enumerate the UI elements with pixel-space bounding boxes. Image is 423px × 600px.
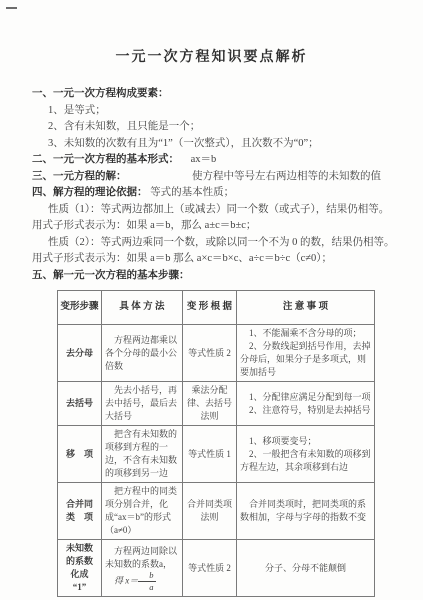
section-4-value: 等式的基本性质； — [150, 187, 234, 198]
table-row-yixiang: 移 项 把含有未知数的项移到方程的一边，不含有未知数的项移到另一边 等式性质 1… — [58, 426, 375, 483]
section-1-item-1: 1、是等式； — [48, 103, 403, 120]
section-5-line: 五、解一元一次方程的基本步骤： — [32, 268, 403, 285]
section-3-heading: 三、一元方程的解： — [32, 171, 127, 182]
property-2-text: 性质（2）：等式两边乘同一个数，或除以同一个不为 0 的数，结果仍相等。 — [48, 235, 403, 252]
step-cell: 合并同 类 项 — [58, 483, 102, 540]
steps-table-head: 变形步骤 具 体 方 法 变 形 根 据 注 意 事 项 — [58, 291, 375, 325]
notes-cell: 合并同类项时，把同类项的系数相加，字母与字母的指数不变 — [237, 483, 375, 540]
basis-cell: 等式性质 1 — [183, 426, 237, 483]
table-row-xishuhuacheng1: 未知数 的系数 化成 “1” 方程两边同除以未知数的系数a， 得 x＝ba 等式… — [58, 540, 375, 597]
step-cell: 移 项 — [58, 426, 102, 483]
table-row-qufenmu: 去分母 方程两边都乘以各个分母的最小公倍数 等式性质 2 1、不能漏乘不含分母的… — [58, 325, 375, 382]
property-1-text: 性质（1）：等式两边都加上（或减去）同一个数（或式子），结果仍相等。 — [48, 202, 403, 219]
fraction: ba — [138, 571, 155, 592]
section-2-heading: 二、一元一次方程的基本形式： — [32, 154, 179, 165]
section-3-value: 使方程中等号左右两边相等的未知数的值 — [192, 169, 381, 186]
basis-cell: 等式性质 2 — [183, 540, 237, 597]
section-1-item-3: 3、未知数的次数有且为“1”（一次整式），且次数不为“0”； — [48, 136, 403, 153]
property-2-formula: 用式子形式表示为：如果 a＝b 那么 a×c＝b×c、a÷c＝b÷c（c≠0）； — [32, 251, 403, 268]
basis-cell: 乘法分配律、去括号法则 — [183, 382, 237, 426]
result-formula: 得 x＝ba — [105, 571, 179, 592]
formula-lead: 得 x＝ — [114, 575, 138, 585]
method-cell: 把含有未知数的项移到方程的一边，不含有未知数的项移到另一边 — [102, 426, 183, 483]
method-cell: 方程两边同除以未知数的系数a， 得 x＝ba — [102, 540, 183, 597]
section-4-heading: 四、解方程的理论依据： — [32, 187, 148, 198]
section-5-heading: 五、解一元一次方程的基本步骤： — [32, 270, 190, 281]
col-header-method: 具 体 方 法 — [102, 291, 183, 325]
notes-cell: 1、移项要变号； 2、一般把含有未知数的项移到方程左边，其余项移到右边 — [237, 426, 375, 483]
method-cell: 先去小括号，再去中括号，最后去大括号 — [102, 382, 183, 426]
page-title: 一元一次方程知识要点解析 — [32, 46, 391, 66]
notes-cell: 1、不能漏乘不含分母的项； 2、分数线起到括号作用，去掉分母后，如果分子是多项式… — [237, 325, 375, 382]
section-1-heading: 一、一元一次方程构成要素： — [32, 88, 169, 99]
col-header-basis: 变 形 根 据 — [183, 291, 237, 325]
notes-cell: 分子、分母不能颠倒 — [237, 540, 375, 597]
method-cell: 方程两边都乘以各个分母的最小公倍数 — [102, 325, 183, 382]
property-1-formula: 用式子形式表示为：如果 a＝b，那么 a±c＝b±c； — [32, 218, 403, 235]
section-1-item-2: 2、含有未知数，且只能是一个； — [48, 119, 403, 136]
method-text: 先去小括号，再去中括号，最后去大括号 — [105, 384, 179, 423]
document-page: 一元一次方程知识要点解析 一、一元一次方程构成要素： 1、是等式； 2、含有未知… — [0, 0, 423, 600]
col-header-notes: 注 意 事 项 — [237, 291, 375, 325]
section-2-line: 二、一元一次方程的基本形式： ax＝b — [32, 152, 403, 169]
method-text: 方程两边同除以未知数的系数a， — [105, 545, 179, 571]
note-item: 合并同类项时，把同类项的系数相加，字母与字母的指数不变 — [240, 498, 371, 524]
steps-table: 变形步骤 具 体 方 法 变 形 根 据 注 意 事 项 去分母 方程两边都乘以… — [57, 290, 375, 597]
scan-corner-mark — [6, 7, 17, 9]
note-item: 2、分数线起到括号作用，去掉分母后，如果分子是多项式，则要加括号 — [240, 340, 371, 379]
method-cell: 把方程中的同类项分别合并，化成“ax＝b”的形式（a≠0） — [102, 483, 183, 540]
fraction-numerator: b — [138, 571, 155, 582]
fraction-denominator: a — [138, 582, 155, 592]
step-cell: 去括号 — [58, 382, 102, 426]
steps-table-body: 去分母 方程两边都乘以各个分母的最小公倍数 等式性质 2 1、不能漏乘不含分母的… — [58, 325, 375, 597]
method-text: 把方程中的同类项分别合并，化成“ax＝b”的形式（a≠0） — [105, 485, 179, 537]
header-row: 变形步骤 具 体 方 法 变 形 根 据 注 意 事 项 — [58, 291, 375, 325]
section-4-line: 四、解方程的理论依据： 等式的基本性质； — [32, 185, 403, 202]
notes-cell: 1、分配律应满足分配到每一项 2、注意符号，特别是去掉括号 — [237, 382, 375, 426]
note-item: 2、一般把含有未知数的项移到方程左边，其余项移到右边 — [240, 448, 371, 474]
section-1-line: 一、一元一次方程构成要素： — [32, 86, 403, 103]
note-item: 1、分配律应满足分配到每一项 — [240, 391, 371, 404]
section-2-value: ax＝b — [191, 154, 217, 165]
step-cell: 去分母 — [58, 325, 102, 382]
col-header-step: 变形步骤 — [58, 291, 102, 325]
method-text: 把含有未知数的项移到方程的一边，不含有未知数的项移到另一边 — [105, 428, 179, 480]
table-row-qukuohao: 去括号 先去小括号，再去中括号，最后去大括号 乘法分配律、去括号法则 1、分配律… — [58, 382, 375, 426]
basis-cell: 等式性质 2 — [183, 325, 237, 382]
table-row-hebingtongleixiang: 合并同 类 项 把方程中的同类项分别合并，化成“ax＝b”的形式（a≠0） 合并… — [58, 483, 375, 540]
section-3-line: 三、一元方程的解： 使方程中等号左右两边相等的未知数的值 — [32, 169, 403, 186]
note-item: 2、注意符号，特别是去掉括号 — [240, 404, 371, 417]
note-item: 1、不能漏乘不含分母的项； — [240, 327, 371, 340]
method-text: 方程两边都乘以各个分母的最小公倍数 — [105, 334, 179, 373]
basis-cell: 合并同类项 法则 — [183, 483, 237, 540]
step-cell: 未知数 的系数 化成 “1” — [58, 540, 102, 597]
note-item: 1、移项要变号； — [240, 435, 371, 448]
note-item: 分子、分母不能颠倒 — [240, 562, 371, 575]
